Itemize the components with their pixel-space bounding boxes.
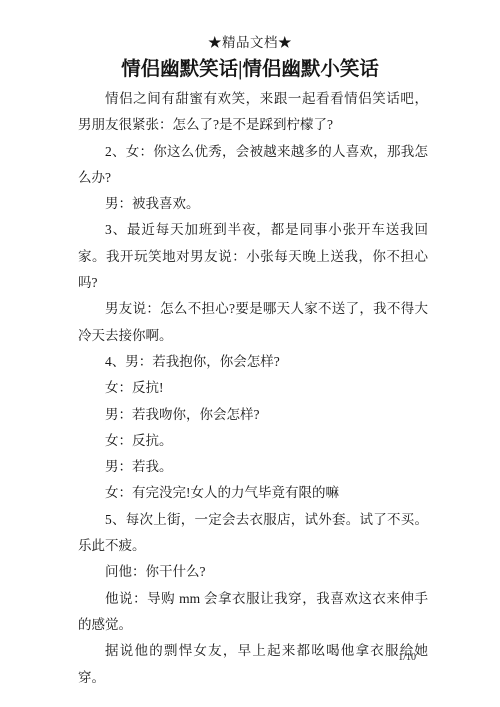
paragraph: 男友说：怎么不担心?要是哪天人家不送了，我不得大冷天去接你啊。 [78, 296, 428, 349]
paragraph: 5、每次上街，一定会去衣服店，试外套。试了不买。乐此不疲。 [78, 507, 428, 560]
paragraph: 2、女：你这么优秀，会被越来越多的人喜欢，那我怎么办? [78, 139, 428, 192]
paragraph: 据说他的剽悍女友，早上起来都吆喝他拿衣服给她穿。 [78, 638, 428, 691]
document-body: 情侣之间有甜蜜有欢笑，来跟一起看看情侣笑话吧，男朋友很紧张：怎么了?是不是踩到柠… [78, 86, 428, 691]
page-number: 1/10 [398, 651, 416, 665]
paragraph: 问他：你干什么? [78, 559, 428, 585]
paragraph: 3、最近每天加班到半夜，都是同事小张开车送我回家。我开玩笑地对男友说：小张每天晚… [78, 217, 428, 296]
paragraph: 女：反抗。 [78, 428, 428, 454]
document-page: ★精品文档★ 情侣幽默笑话|情侣幽默小笑话 情侣之间有甜蜜有欢笑，来跟一起看看情… [0, 0, 500, 707]
paragraph: 男：若我。 [78, 454, 428, 480]
paragraph: 男：若我吻你，你会怎样? [78, 402, 428, 428]
paragraph: 男：被我喜欢。 [78, 191, 428, 217]
paragraph: 他说：导购 mm 会拿衣服让我穿，我喜欢这衣来伸手的感觉。 [78, 586, 428, 639]
paragraph: 女：有完没完!女人的力气毕竟有限的嘛 [78, 480, 428, 506]
premium-doc-watermark: ★精品文档★ [0, 33, 500, 53]
paragraph: 4、男：若我抱你，你会怎样? [78, 349, 428, 375]
paragraph: 女：反抗! [78, 375, 428, 401]
paragraph: 情侣之间有甜蜜有欢笑，来跟一起看看情侣笑话吧，男朋友很紧张：怎么了?是不是踩到柠… [78, 86, 428, 139]
document-title: 情侣幽默笑话|情侣幽默小笑话 [0, 56, 500, 84]
